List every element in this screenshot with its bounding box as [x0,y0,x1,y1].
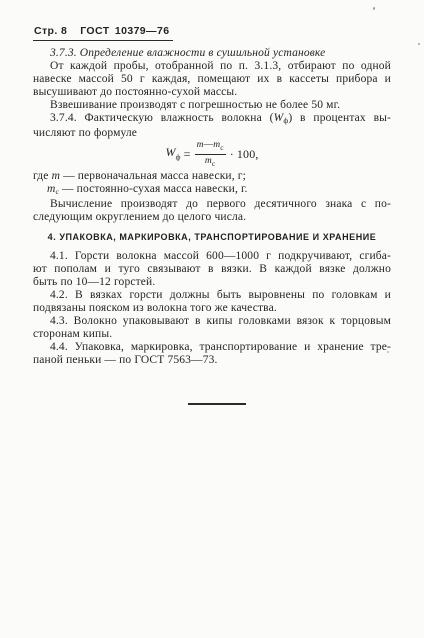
text-line: 4.3. Волокно упаковывают в кипы головкам… [33,315,391,328]
scan-artifact [387,351,389,353]
fraction-denominator: mс [195,155,226,169]
page-header: Стр. 8ГОСТ 10379—76 [33,25,173,41]
body-text: 3.7.3. Определение влажности в сушильной… [33,47,391,367]
text-line: 4.1. Горсти волокна массой 600—1000 г по… [33,250,391,263]
fraction-numerator: m—mс [195,140,226,155]
fraction: m—mс mс [195,140,226,169]
text-line: следующим округлением до целого числа. [33,211,391,224]
text-line: 4.2. В вязках горсти должны быть выровне… [33,289,391,302]
text-line: 4.4. Упаковка, маркировка, транспортиров… [33,341,391,354]
text-line: сторонам кипы. [33,328,391,341]
paragraph-group-2: где m — первоначальная масса навески, г;… [33,170,391,224]
text-line: От каждой пробы, отобранной по п. 3.1.3,… [33,60,391,73]
text-line: 3.7.4. Фактическую влажность волокна (Wф… [33,112,391,127]
text-line: быть по 10—12 горстей. [33,276,391,289]
standard-number: ГОСТ 10379—76 [80,25,169,37]
text-line: навеске массой 50 г каждая, помещают их … [33,73,391,86]
formula-lhs: Wф [165,146,180,163]
scan-artifact [418,43,420,45]
document-page: Стр. 8ГОСТ 10379—76 3.7.3. Определение в… [0,0,424,638]
text-line: ют пополам и туго связывают в вязки. В к… [33,263,391,276]
formula-multiplier: 100, [237,148,259,161]
text-line: высушивают до постоянно-сухой массы. [33,86,391,99]
formula: Wф = m—mс mс · 100, [33,141,391,168]
scan-artifact [373,7,376,11]
text-line: числяют по формуле [33,127,391,140]
text-line: Взвешивание производят с погрешностью не… [33,99,391,112]
text-line: где m — первоначальная масса навески, г; [33,170,391,183]
text-line: паной пеньки — по ГОСТ 7563—73. [33,354,391,367]
paragraph-group-1: 3.7.3. Определение влажности в сушильной… [33,47,391,140]
page-number: Стр. 8 [34,25,67,37]
text-line: mс — постоянно-сухая масса навески, г. [33,183,391,198]
text-line: Вычисление производят до первого десятич… [33,198,391,211]
paragraph-group-3: 4.1. Горсти волокна массой 600—1000 г по… [33,250,391,367]
separator-rule [188,403,246,405]
section-heading: 4. УПАКОВКА, МАРКИРОВКА, ТРАНСПОРТИРОВАН… [33,231,391,244]
text-line: подвязаны пояском из волокна того же кач… [33,302,391,315]
equals-sign: = [184,148,191,161]
text-line: 3.7.3. Определение влажности в сушильной… [33,47,391,60]
multiplication-dot: · [230,148,234,161]
